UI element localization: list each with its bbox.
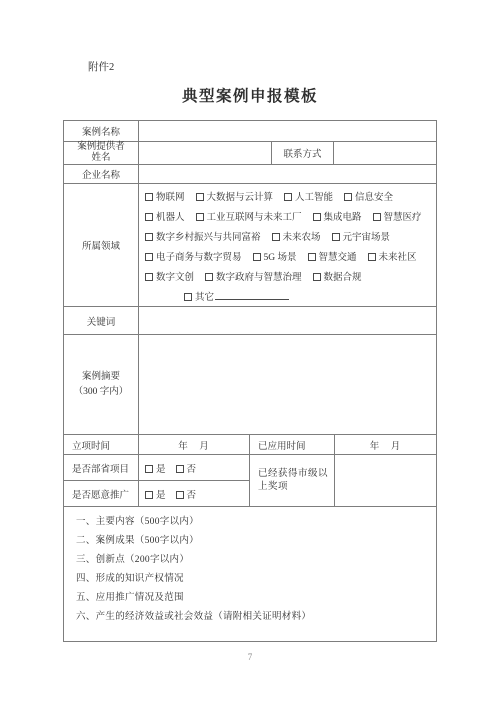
domain-option-label: 数字乡村振兴与共同富裕: [156, 233, 261, 243]
yesno-labels-column: 是否部省项目 是否愿意推广: [64, 455, 138, 506]
checkbox-icon: [253, 253, 261, 261]
checkbox-icon: [145, 233, 153, 241]
checkbox-icon: [145, 213, 153, 221]
section-item: 四、形成的知识产权情况: [76, 570, 428, 589]
row-keywords: 关键词: [64, 306, 436, 334]
domain-option[interactable]: 数字乡村振兴与共同富裕: [145, 228, 261, 248]
domain-line: 数字文创数字政府与智慧治理数据合规: [145, 268, 432, 288]
checkbox-icon: [196, 193, 204, 201]
promote-label: 是否愿意推广: [64, 480, 138, 506]
domain-option-label: 元宇宙场景: [343, 233, 391, 243]
checkbox-icon: [313, 273, 321, 281]
checkbox-icon: [205, 273, 213, 281]
company-name-label: 企业名称: [64, 165, 138, 183]
domain-option-label: 数字文创: [156, 273, 194, 283]
domain-option-label: 未来社区: [379, 253, 417, 263]
domain-option[interactable]: 电子商务与数字贸易: [145, 248, 242, 268]
promote-yes-option[interactable]: 是: [145, 487, 166, 501]
summary-label: 案例摘要 （300 字内）: [64, 335, 138, 434]
domain-option-label: 5G 场景: [264, 253, 297, 263]
domain-option[interactable]: 集成电路: [313, 208, 362, 228]
row-case-name: 案例名称: [64, 121, 436, 141]
row-company: 企业名称: [64, 164, 436, 183]
checkbox-icon: [373, 213, 381, 221]
row-domains: 所属领域 物联网大数据与云计算人工智能信息安全机器人工业互联网与未来工厂集成电路…: [64, 183, 436, 306]
applied-time-value[interactable]: 年 月: [334, 435, 436, 454]
application-form-table: 案例名称 案例提供者 姓名 联系方式 企业名称 所属领域 物联网大数据与云计算人…: [63, 120, 437, 642]
domain-option[interactable]: 物联网: [145, 188, 185, 208]
page-number: 7: [0, 652, 500, 662]
checkbox-icon: [176, 465, 184, 473]
promote-yesno: 是 否: [139, 480, 249, 506]
section-item: 六、产生的经济效益或社会效益（请附相关证明材料）: [76, 608, 428, 627]
checkbox-icon: [272, 233, 280, 241]
yesno-values-column: 是 否 是 否: [138, 455, 249, 506]
checkbox-icon: [284, 193, 292, 201]
applied-time-label: 已应用时间: [249, 435, 334, 454]
case-name-value[interactable]: [138, 121, 436, 141]
domain-option[interactable]: 机器人: [145, 208, 185, 228]
keywords-value[interactable]: [138, 307, 436, 334]
checkbox-icon: [145, 253, 153, 261]
row-yesno-award: 是否部省项目 是否愿意推广 是 否 是 否 已经获得市级以上奖项: [64, 454, 436, 506]
domain-option[interactable]: 5G 场景: [253, 248, 297, 268]
contact-value[interactable]: [333, 142, 436, 164]
fill-in-blank-line[interactable]: [215, 289, 289, 300]
keywords-label: 关键词: [64, 307, 138, 334]
domain-option[interactable]: 信息安全: [344, 188, 393, 208]
domain-line: 物联网大数据与云计算人工智能信息安全: [145, 188, 432, 208]
checkbox-icon: [145, 193, 153, 201]
domain-option[interactable]: 数字文创: [145, 268, 194, 288]
domain-option[interactable]: 未来农场: [272, 228, 321, 248]
row-provider: 案例提供者 姓名 联系方式: [64, 141, 436, 164]
domain-option-label: 智慧医疗: [384, 213, 422, 223]
domain-option-label: 信息安全: [355, 193, 393, 203]
provider-name-value[interactable]: [138, 142, 271, 164]
checkbox-icon: [368, 253, 376, 261]
start-time-label: 立项时间: [64, 435, 138, 454]
domain-option-label: 未来农场: [283, 233, 321, 243]
checkbox-icon: [145, 491, 153, 499]
row-summary: 案例摘要 （300 字内）: [64, 334, 436, 434]
domain-option[interactable]: 元宇宙场景: [332, 228, 391, 248]
section-item: 三、创新点（200字以内）: [76, 551, 428, 570]
domain-line: 机器人工业互联网与未来工厂集成电路智慧医疗: [145, 208, 432, 228]
domain-option[interactable]: 智慧交通: [308, 248, 357, 268]
domain-option-label: 大数据与云计算: [207, 193, 274, 203]
domain-option[interactable]: 未来社区: [368, 248, 417, 268]
promote-no-option[interactable]: 否: [176, 487, 197, 501]
sections-cell: 一、主要内容（500字以内）二、案例成果（500字以内）三、创新点（200字以内…: [64, 507, 436, 641]
domain-option-label: 工业互联网与未来工厂: [207, 213, 302, 223]
start-time-value[interactable]: 年 月: [138, 435, 249, 454]
domain-option-label: 智慧交通: [319, 253, 357, 263]
domain-option[interactable]: 数据合规: [313, 268, 362, 288]
domain-option-label: 机器人: [156, 213, 185, 223]
ministry-project-label: 是否部省项目: [64, 455, 138, 480]
provider-name-label: 案例提供者 姓名: [64, 142, 138, 164]
checkbox-icon: [184, 293, 192, 301]
checkbox-icon: [145, 465, 153, 473]
document-page: 附件2 典型案例申报模板 案例名称 案例提供者 姓名 联系方式 企业名称 所属领…: [0, 0, 500, 706]
case-name-label: 案例名称: [64, 121, 138, 141]
domain-option[interactable]: 数字政府与智慧治理: [205, 268, 302, 288]
domain-option-other[interactable]: 其它: [184, 288, 289, 308]
domain-option[interactable]: 智慧医疗: [373, 208, 422, 228]
checkbox-icon: [313, 213, 321, 221]
ministry-no-option[interactable]: 否: [176, 461, 197, 475]
domain-option[interactable]: 人工智能: [284, 188, 333, 208]
domain-option-label: 物联网: [156, 193, 185, 203]
domain-label: 所属领域: [64, 184, 138, 306]
checkbox-icon: [145, 273, 153, 281]
domain-lines: 物联网大数据与云计算人工智能信息安全机器人工业互联网与未来工厂集成电路智慧医疗数…: [145, 188, 432, 288]
section-item: 一、主要内容（500字以内）: [76, 513, 428, 532]
contact-label: 联系方式: [271, 142, 333, 164]
domain-option[interactable]: 大数据与云计算: [196, 188, 274, 208]
ministry-yes-option[interactable]: 是: [145, 461, 166, 475]
page-title: 典型案例申报模板: [0, 84, 500, 106]
row-sections: 一、主要内容（500字以内）二、案例成果（500字以内）三、创新点（200字以内…: [64, 506, 436, 641]
domain-option-label: 数字政府与智慧治理: [216, 273, 302, 283]
domain-line: 电子商务与数字贸易5G 场景智慧交通未来社区: [145, 248, 432, 268]
checkbox-icon: [332, 233, 340, 241]
checkbox-icon: [308, 253, 316, 261]
section-item: 二、案例成果（500字以内）: [76, 532, 428, 551]
domain-line: 数字乡村振兴与共同富裕未来农场元宇宙场景: [145, 228, 432, 248]
summary-value[interactable]: [138, 335, 436, 434]
award-label: 已经获得市级以上奖项: [249, 455, 334, 506]
ministry-yesno: 是 否: [139, 455, 249, 480]
domain-other-line: 其它: [145, 288, 432, 308]
company-name-value[interactable]: [138, 165, 436, 183]
domain-checkbox-group: 物联网大数据与云计算人工智能信息安全机器人工业互联网与未来工厂集成电路智慧医疗数…: [138, 184, 436, 306]
domain-other-label: 其它: [195, 293, 214, 303]
domain-option-label: 数据合规: [324, 273, 362, 283]
checkbox-icon: [344, 193, 352, 201]
award-value[interactable]: [334, 455, 436, 506]
checkbox-icon: [176, 491, 184, 499]
section-item: 五、应用推广情况及范围: [76, 589, 428, 608]
checkbox-icon: [196, 213, 204, 221]
domain-option-label: 电子商务与数字贸易: [156, 253, 242, 263]
domain-option-label: 集成电路: [324, 213, 362, 223]
row-time: 立项时间 年 月 已应用时间 年 月: [64, 434, 436, 454]
attachment-label: 附件2: [88, 59, 114, 74]
domain-option-label: 人工智能: [295, 193, 333, 203]
domain-option[interactable]: 工业互联网与未来工厂: [196, 208, 302, 228]
